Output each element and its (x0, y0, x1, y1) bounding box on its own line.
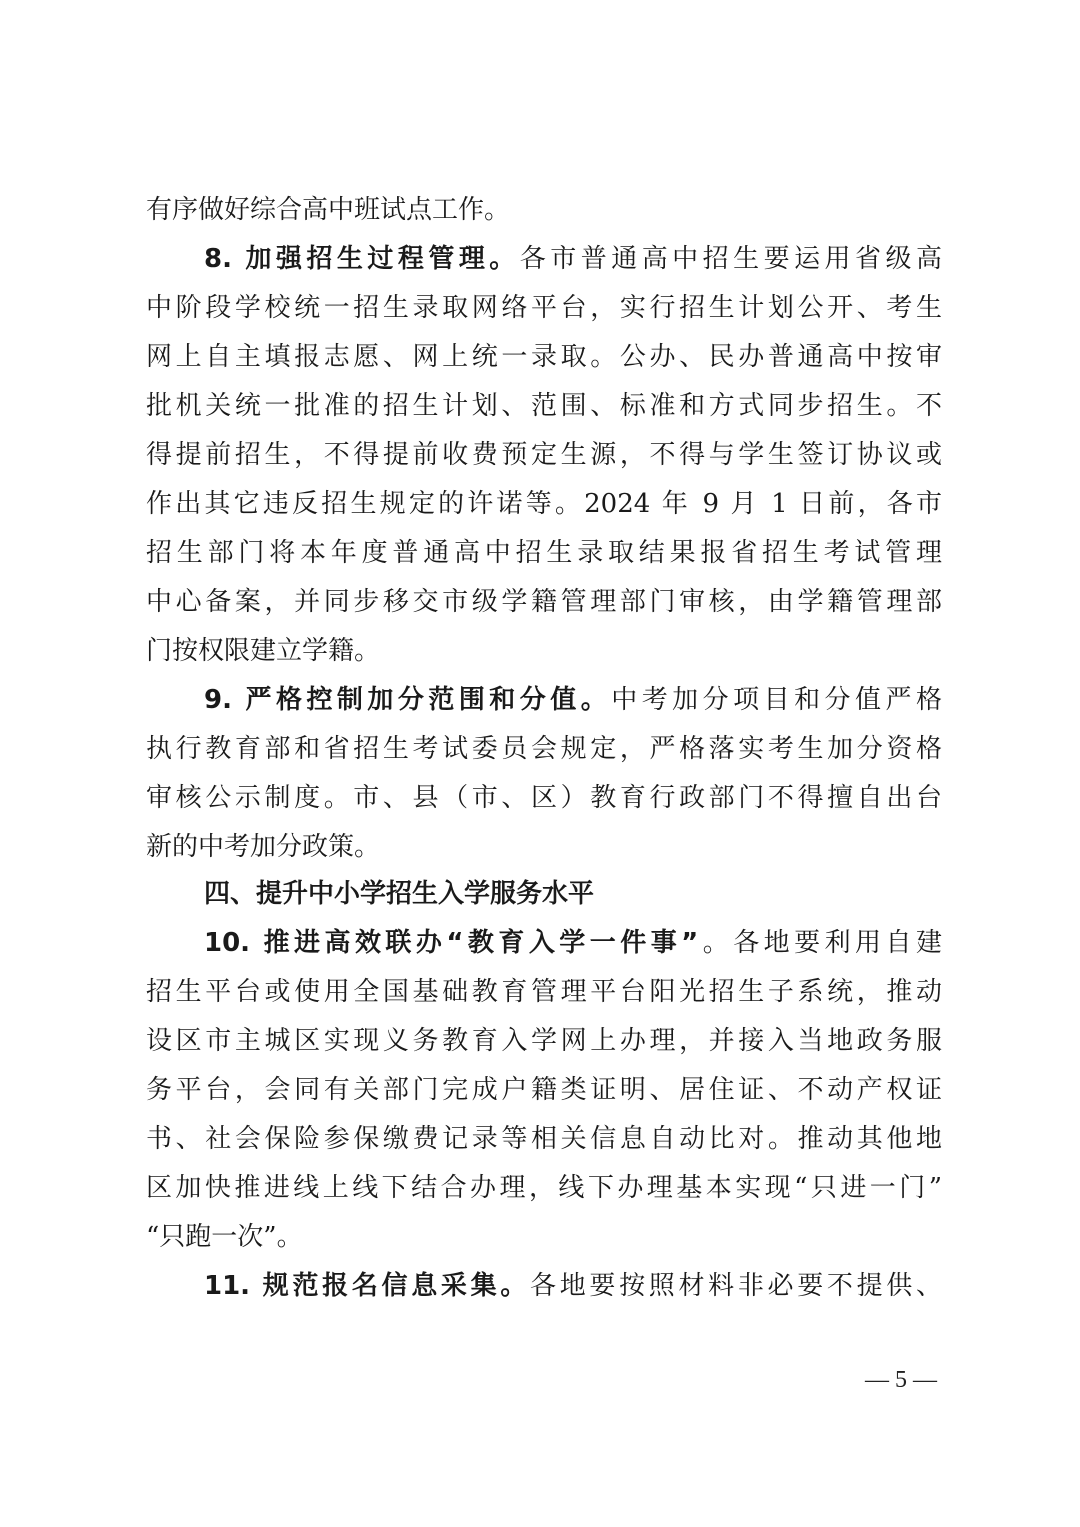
line-text: 网上自主填报志愿、网上统一录取。公办、民办普通高中按审 (146, 342, 942, 372)
item-11-title: 11. 规范报名信息采集。 (204, 1271, 530, 1301)
line-text: 作出其它违反招生规定的许诺等。2024 年 9 月 1 日前，各市 (146, 489, 942, 519)
paragraph-line: 门按权限建立学籍。 (146, 631, 942, 671)
line-text: 设区市主城区实现义务教育入学网上办理，并接入当地政务服 (146, 1026, 942, 1056)
paragraph-line: 审核公示制度。市、县（市、区）教育行政部门不得擅自出台 (146, 778, 942, 818)
line-text: 区加快推进线上线下结合办理，线下办理基本实现“只进一门” (146, 1173, 942, 1203)
item-9-heading-line: 9. 严格控制加分范围和分值。中考加分项目和分值严格 (204, 680, 942, 720)
line-text: 书、社会保险参保缴费记录等相关信息自动比对。推动其他地 (146, 1124, 942, 1154)
paragraph-line: 中阶段学校统一招生录取网络平台，实行招生计划公开、考生 (146, 288, 942, 328)
item-10-heading-line: 10. 推进高效联办“教育入学一件事”。各地要利用自建 (204, 923, 942, 963)
line-text: 执行教育部和省招生考试委员会规定，严格落实考生加分资格 (146, 734, 942, 764)
line-text: 招生平台或使用全国基础教育管理平台阳光招生子系统，推动 (146, 977, 942, 1007)
line-text: 门按权限建立学籍。 (146, 636, 380, 666)
paragraph-line: 执行教育部和省招生考试委员会规定，严格落实考生加分资格 (146, 729, 942, 769)
paragraph-line: 区加快推进线上线下结合办理，线下办理基本实现“只进一门” (146, 1168, 942, 1208)
paragraph-line: 网上自主填报志愿、网上统一录取。公办、民办普通高中按审 (146, 337, 942, 377)
item-11-heading-line: 11. 规范报名信息采集。各地要按照材料非必要不提供、 (204, 1266, 942, 1306)
line-text: 各市普通高中招生要运用省级高 (520, 244, 942, 274)
paragraph-line: 作出其它违反招生规定的许诺等。2024 年 9 月 1 日前，各市 (146, 484, 942, 524)
line-text: 中心备案，并同步移交市级学籍管理部门审核，由学籍管理部 (146, 587, 942, 617)
item-8-title: 8. 加强招生过程管理。 (204, 244, 520, 274)
line-text: 各地要按照材料非必要不提供、 (530, 1271, 942, 1301)
section-heading: 四、提升中小学招生入学服务水平 (204, 874, 942, 914)
paragraph-line: 招生平台或使用全国基础教育管理平台阳光招生子系统，推动 (146, 972, 942, 1012)
section-heading-text: 四、提升中小学招生入学服务水平 (204, 879, 594, 909)
line-text: 得提前招生，不得提前收费预定生源，不得与学生签订协议或 (146, 440, 942, 470)
line-text: 有序做好综合高中班试点工作。 (146, 195, 510, 225)
paragraph-line: 有序做好综合高中班试点工作。 (146, 190, 942, 230)
line-text: 批机关统一批准的招生计划、范围、标准和方式同步招生。不 (146, 391, 942, 421)
paragraph-line: 书、社会保险参保缴费记录等相关信息自动比对。推动其他地 (146, 1119, 942, 1159)
paragraph-line: 设区市主城区实现义务教育入学网上办理，并接入当地政务服 (146, 1021, 942, 1061)
page-number: — 5 — (856, 1360, 946, 1400)
line-text: 中阶段学校统一招生录取网络平台，实行招生计划公开、考生 (146, 293, 942, 323)
line-text: 务平台，会同有关部门完成户籍类证明、居住证、不动产权证 (146, 1075, 942, 1105)
line-text: 审核公示制度。市、县（市、区）教育行政部门不得擅自出台 (146, 783, 942, 813)
item-10-title: 10. 推进高效联办“教育入学一件事” (204, 928, 698, 958)
line-text: 新的中考加分政策。 (146, 832, 380, 862)
paragraph-line: 招生部门将本年度普通高中招生录取结果报省招生考试管理 (146, 533, 942, 573)
paragraph-line: 务平台，会同有关部门完成户籍类证明、居住证、不动产权证 (146, 1070, 942, 1110)
paragraph-line: 新的中考加分政策。 (146, 827, 942, 867)
line-text: 。各地要利用自建 (698, 928, 942, 958)
item-8-heading-line: 8. 加强招生过程管理。各市普通高中招生要运用省级高 (204, 239, 942, 279)
paragraph-line: 批机关统一批准的招生计划、范围、标准和方式同步招生。不 (146, 386, 942, 426)
paragraph-line: 中心备案，并同步移交市级学籍管理部门审核，由学籍管理部 (146, 582, 942, 622)
line-text: 中考加分项目和分值严格 (611, 685, 942, 715)
item-9-title: 9. 严格控制加分范围和分值。 (204, 685, 611, 715)
line-text: 招生部门将本年度普通高中招生录取结果报省招生考试管理 (146, 538, 942, 568)
line-text: “只跑一次”。 (146, 1222, 303, 1252)
document-page: 有序做好综合高中班试点工作。 8. 加强招生过程管理。各市普通高中招生要运用省级… (0, 0, 1080, 1527)
paragraph-line: “只跑一次”。 (146, 1217, 942, 1257)
paragraph-line: 得提前招生，不得提前收费预定生源，不得与学生签订协议或 (146, 435, 942, 475)
